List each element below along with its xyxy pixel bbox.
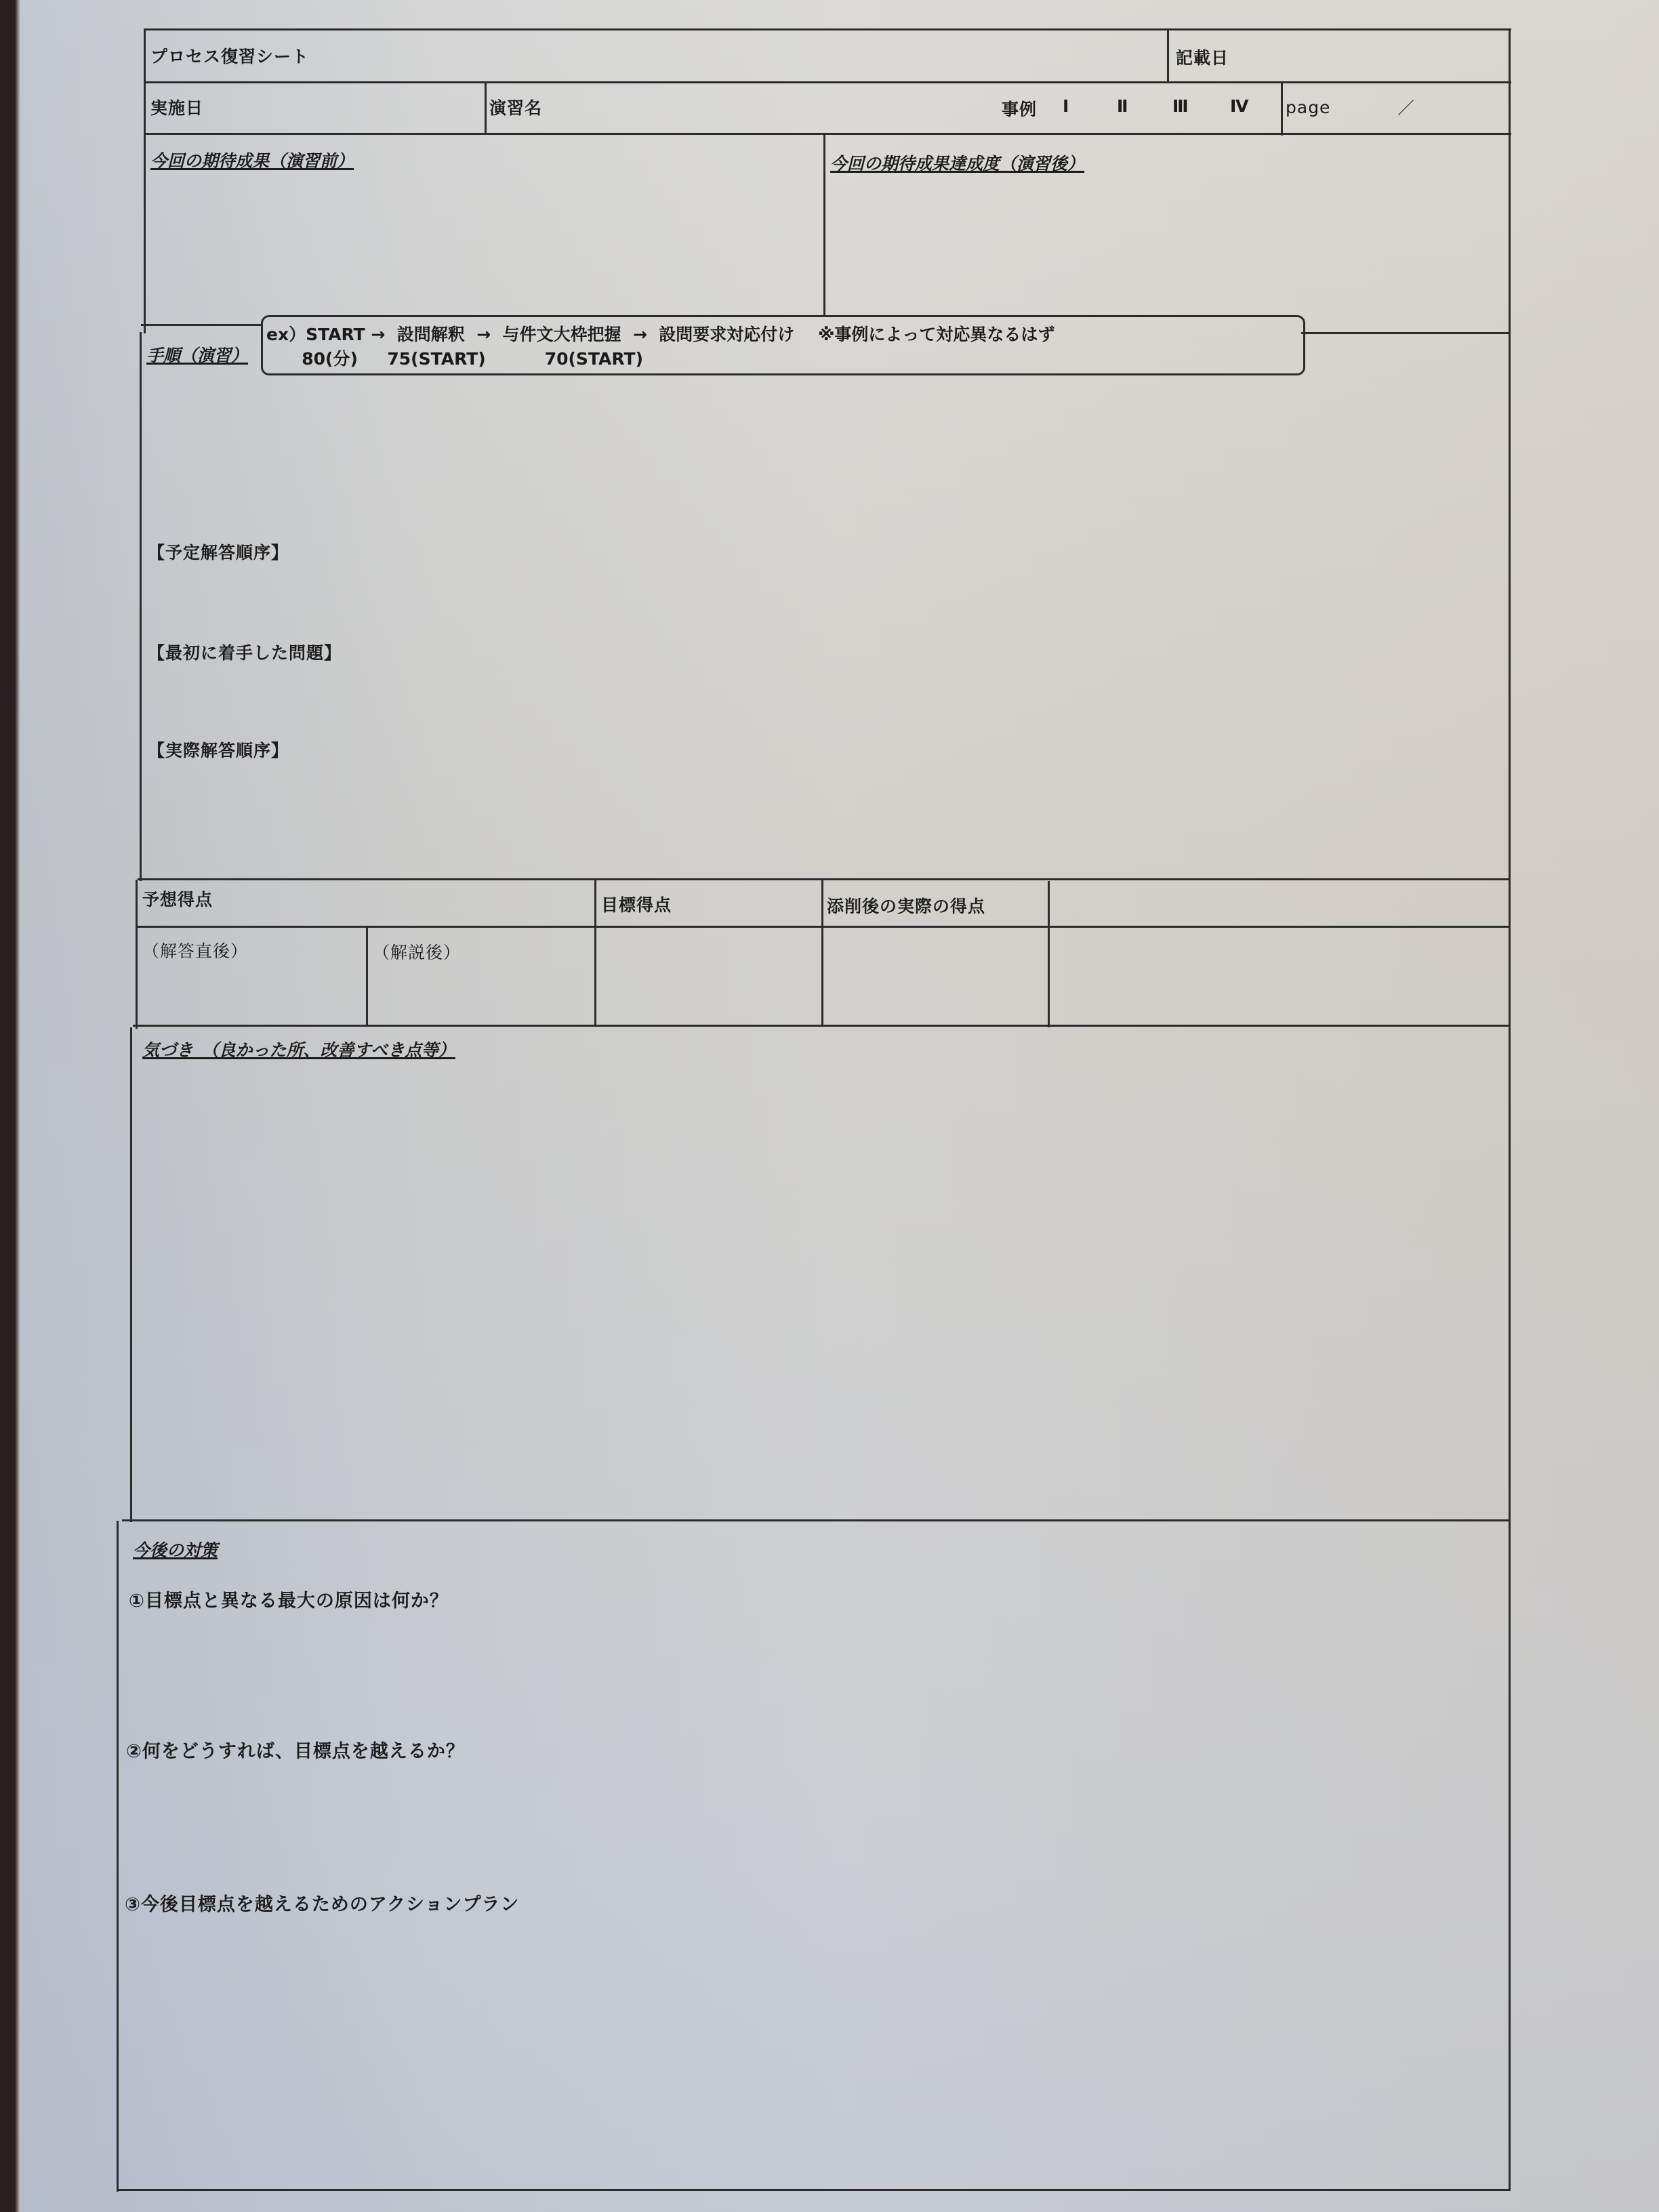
implementation-date-field[interactable] (224, 84, 481, 131)
after-explanation-label: （解説後） (373, 939, 461, 964)
page-label: page (1286, 98, 1330, 117)
question-3-label: ③今後目標点を越えるためのアクションプラン (125, 1889, 520, 1916)
process-review-sheet: プロセス復習シート 記載日 実施日 演習名 事例 Ⅰ Ⅱ Ⅲ Ⅳ page ／ … (0, 0, 1659, 2212)
divider (821, 880, 823, 1026)
top-border (144, 28, 1511, 30)
question-2-label: ②何をどうすれば、目標点を越えるか？ (126, 1736, 465, 1763)
case-label: 事例 (1002, 96, 1037, 121)
question-1-label: ①目標点と異なる最大の原因は何か？ (129, 1586, 449, 1612)
notes-field[interactable] (136, 1067, 1504, 1515)
expected-result-after-label: 今回の期待成果達成度（演習後） (830, 150, 1084, 175)
target-score-label: 目標得点 (601, 892, 672, 916)
divider (823, 134, 825, 317)
procedure-field[interactable] (149, 380, 1504, 529)
divider (1301, 332, 1510, 334)
question-2-field[interactable] (123, 1765, 1506, 1887)
record-date-label: 記載日 (1176, 45, 1229, 69)
divider (138, 878, 1510, 880)
question-1-field[interactable] (125, 1616, 1504, 1732)
actual-score-after-grading-label: 添削後の実際の得点 (827, 893, 985, 918)
case-option-1[interactable]: Ⅰ (1063, 96, 1069, 116)
first-problem-field[interactable] (149, 668, 1504, 735)
divider (122, 1519, 1510, 1521)
left-border-notes (130, 1027, 132, 1522)
sheet-title: プロセス復習シート (150, 43, 309, 68)
procedure-example-times: 80(分) 75(START) 70(START) (266, 346, 643, 370)
planned-answer-order-label: 【予定解答順序】 (148, 539, 289, 564)
first-problem-label: 【最初に着手した問題】 (148, 640, 342, 664)
left-border-mid (140, 332, 142, 881)
actual-score-field[interactable] (825, 930, 1046, 1022)
left-border-lower (136, 880, 138, 1029)
case-option-3[interactable]: Ⅲ (1172, 96, 1189, 116)
divider (144, 133, 1511, 135)
page-number-field[interactable] (1338, 85, 1504, 133)
bottom-border (117, 2189, 1511, 2191)
divider (1048, 881, 1050, 1027)
actual-answer-order-field[interactable] (149, 766, 1504, 874)
divider (144, 81, 1511, 83)
exercise-name-label: 演習名 (489, 95, 542, 119)
planned-answer-order-field[interactable] (149, 569, 1504, 637)
question-3-field[interactable] (122, 1918, 1506, 2186)
predicted-score-right-after-field[interactable] (140, 962, 363, 1022)
procedure-example-box: ex）START → 設問解釈 → 与件文大枠把握 → 設問要求対応付け ※事例… (261, 315, 1305, 375)
predicted-score-after-explanation-field[interactable] (370, 962, 592, 1022)
divider (366, 926, 368, 1025)
right-after-answer-label: （解答直後） (142, 938, 248, 962)
notes-label: 気づき （良かった所、改善すべき点等） (142, 1037, 455, 1061)
expected-result-after-field[interactable] (830, 175, 1504, 314)
divider (594, 880, 596, 1025)
expected-result-before-label: 今回の期待成果（演習前） (150, 148, 354, 172)
target-score-field[interactable] (598, 930, 819, 1022)
exercise-name-field[interactable] (556, 84, 989, 131)
predicted-score-label: 予想得点 (142, 886, 213, 911)
divider (141, 324, 263, 326)
left-border-bottom (117, 1521, 119, 2192)
left-border-top (144, 28, 146, 333)
expected-result-before-field[interactable] (150, 173, 818, 312)
right-border (1509, 28, 1511, 2190)
divider (1281, 83, 1283, 136)
future-measures-label: 今後の対策 (133, 1537, 218, 1561)
extra-score-field[interactable] (1051, 882, 1507, 1022)
divider (485, 81, 487, 134)
procedure-label: 手順（演習） (146, 342, 248, 367)
divider (1167, 28, 1169, 83)
case-option-2[interactable]: Ⅱ (1117, 96, 1128, 116)
implementation-date-label: 実施日 (150, 95, 203, 119)
case-option-4[interactable]: Ⅳ (1230, 96, 1249, 116)
record-date-field[interactable] (1240, 31, 1504, 81)
actual-answer-order-label: 【実際解答順序】 (148, 737, 289, 762)
procedure-example-flow: ex）START → 設問解釈 → 与件文大枠把握 → 設問要求対応付け ※事例… (266, 321, 1054, 346)
